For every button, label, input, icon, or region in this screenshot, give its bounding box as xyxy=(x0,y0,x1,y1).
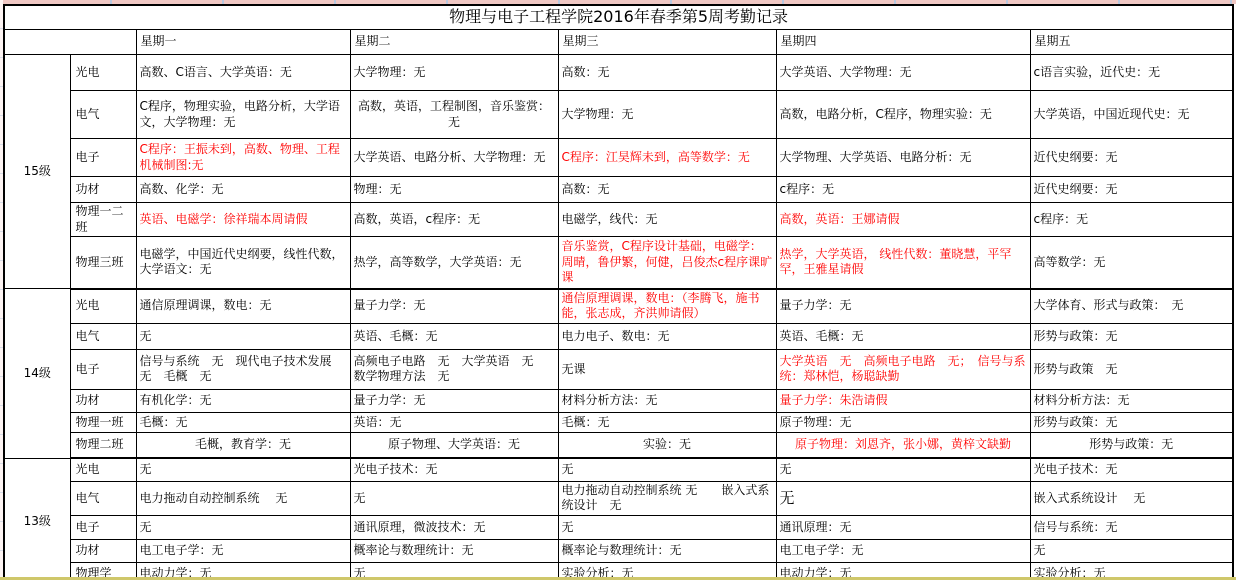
table-row: 电气电力拖动自动控制系统 无无电力拖动自动控制系统 无 嵌入式系统设计 无无嵌入… xyxy=(4,481,1233,515)
class-label[interactable]: 光电 xyxy=(70,289,136,324)
attendance-table: 物理与电子工程学院2016年春季第5周考勤记录 星期一星期二星期三星期四星期五 … xyxy=(3,4,1234,580)
attendance-cell[interactable]: c语言实验，近代史：无 xyxy=(1030,55,1233,91)
table-row: 功材高数、化学：无物理：无高数：无c程序：无近代史纲要：无 xyxy=(4,177,1233,203)
attendance-cell[interactable]: 形势与政策 无 xyxy=(1030,349,1233,389)
attendance-cell[interactable]: 高数：无 xyxy=(558,177,776,203)
attendance-cell[interactable]: 物理：无 xyxy=(350,177,558,203)
attendance-cell[interactable]: 嵌入式系统设计 无 xyxy=(1030,481,1233,515)
attendance-cell[interactable]: 音乐鉴赏，C程序设计基础，电磁学：周晴，鲁伊繁，何健，吕俊杰c程序课旷课 xyxy=(558,237,776,289)
attendance-cell[interactable]: 无 xyxy=(1030,540,1233,563)
class-label[interactable]: 电气 xyxy=(70,91,136,139)
table-row: 物理一班毛概：无英语：无毛概：无原子物理：无形势与政策：无 xyxy=(4,412,1233,432)
class-label[interactable]: 电气 xyxy=(70,481,136,515)
attendance-cell[interactable]: 高数、化学：无 xyxy=(136,177,350,203)
class-label[interactable]: 光电 xyxy=(70,55,136,91)
attendance-cell[interactable]: 大学英语、电路分析、大学物理：无 xyxy=(350,139,558,177)
table-row: 电子信号与系统 无 现代电子技术发展 无 毛概 无高频电子电路 无 大学英语 无… xyxy=(4,349,1233,389)
attendance-cell[interactable]: 高数，英语，c程序：无 xyxy=(350,203,558,237)
attendance-cell[interactable]: 无 xyxy=(558,516,776,540)
table-row: 电气C程序，物理实验，电路分析，大学语文，大学物理：无高数，英语，工程制图，音乐… xyxy=(4,91,1233,139)
page-title[interactable]: 物理与电子工程学院2016年春季第5周考勤记录 xyxy=(4,5,1233,30)
attendance-cell[interactable]: 大学物理、大学英语、电路分析：无 xyxy=(776,139,1030,177)
title-row: 物理与电子工程学院2016年春季第5周考勤记录 xyxy=(4,5,1233,30)
attendance-cell[interactable]: 量子力学：无 xyxy=(776,289,1030,324)
attendance-cell[interactable]: 实验：无 xyxy=(558,432,776,458)
attendance-cell[interactable]: 概率论与数理统计：无 xyxy=(350,540,558,563)
attendance-cell[interactable]: 高数，英语：王娜请假 xyxy=(776,203,1030,237)
attendance-cell[interactable]: C程序：王振未到，高数、物理、工程机械制图:无 xyxy=(136,139,350,177)
attendance-cell[interactable]: 形势与政策：无 xyxy=(1030,323,1233,349)
table-row: 物理三班电磁学，中国近代史纲要，线性代数，大学语文：无热学，高等数学，大学英语：… xyxy=(4,237,1233,289)
attendance-cell[interactable]: 高数，英语，工程制图，音乐鉴赏：无 xyxy=(350,91,558,139)
class-label[interactable]: 功材 xyxy=(70,389,136,412)
attendance-cell[interactable]: 毛概：无 xyxy=(136,412,350,432)
attendance-cell[interactable]: 通讯原理，微波技术：无 xyxy=(350,516,558,540)
class-label[interactable]: 物理二班 xyxy=(70,432,136,458)
attendance-cell[interactable]: 信号与系统：无 xyxy=(1030,516,1233,540)
attendance-cell[interactable]: 通讯原理：无 xyxy=(776,516,1030,540)
attendance-cell[interactable]: 近代史纲要：无 xyxy=(1030,139,1233,177)
table-row: 功材电工电子学：无概率论与数理统计：无概率论与数理统计：无电工电子学：无无 xyxy=(4,540,1233,563)
attendance-cell[interactable]: 热学，大学英语， 线性代数：董晓慧，平罕罕，王雅星请假 xyxy=(776,237,1030,289)
attendance-cell[interactable]: 近代史纲要：无 xyxy=(1030,177,1233,203)
attendance-cell[interactable]: C程序：江昊辉未到，高等数学：无 xyxy=(558,139,776,177)
class-label[interactable]: 功材 xyxy=(70,177,136,203)
attendance-cell[interactable]: 无 xyxy=(136,458,350,481)
attendance-cell[interactable]: 大学体育、形式与政策： 无 xyxy=(1030,289,1233,324)
attendance-cell[interactable]: 量子力学：无 xyxy=(350,389,558,412)
attendance-cell[interactable]: 电磁学，中国近代史纲要，线性代数，大学语文：无 xyxy=(136,237,350,289)
attendance-cell[interactable]: 英语、毛概：无 xyxy=(350,323,558,349)
table-row: 15级光电高数、C语言、大学英语：无大学物理：无高数：无大学英语、大学物理：无c… xyxy=(4,55,1233,91)
attendance-cell[interactable]: 热学，高等数学，大学英语：无 xyxy=(350,237,558,289)
attendance-cell[interactable]: 大学英语 无 高频电子电路 无； 信号与系统：郑林恺，杨聪缺勤 xyxy=(776,349,1030,389)
attendance-cell[interactable]: 无 xyxy=(776,481,1030,515)
group-label-13级[interactable]: 13级 xyxy=(4,458,70,580)
attendance-cell[interactable]: 无 xyxy=(776,458,1030,481)
attendance-cell[interactable]: 光电子技术：无 xyxy=(350,458,558,481)
attendance-cell[interactable]: 电工电子学：无 xyxy=(776,540,1030,563)
attendance-cell[interactable]: 高数、C语言、大学英语：无 xyxy=(136,55,350,91)
attendance-cell[interactable]: 英语、毛概：无 xyxy=(776,323,1030,349)
attendance-cell[interactable]: 英语、电磁学：徐祥瑞本周请假 xyxy=(136,203,350,237)
day-header-5[interactable]: 星期五 xyxy=(1030,30,1233,55)
attendance-cell[interactable]: c程序：无 xyxy=(1030,203,1233,237)
header-corner-cell[interactable] xyxy=(4,30,136,55)
table-row: 功材有机化学：无量子力学：无材料分析方法：无量子力学：朱浩请假材料分析方法：无 xyxy=(4,389,1233,412)
attendance-cell[interactable]: 原子物理、大学英语：无 xyxy=(350,432,558,458)
table-row: 物理二班毛概，教育学：无原子物理、大学英语：无实验：无原子物理：刘恩齐，张小娜，… xyxy=(4,432,1233,458)
group-label-14级[interactable]: 14级 xyxy=(4,289,70,459)
attendance-cell[interactable]: 无课 xyxy=(558,349,776,389)
day-header-3[interactable]: 星期三 xyxy=(558,30,776,55)
attendance-cell[interactable]: 高数，电路分析，C程序，物理实验：无 xyxy=(776,91,1030,139)
table-row: 电子无通讯原理，微波技术：无无通讯原理：无信号与系统：无 xyxy=(4,516,1233,540)
attendance-cell[interactable]: 信号与系统 无 现代电子技术发展 无 毛概 无 xyxy=(136,349,350,389)
attendance-cell[interactable]: 毛概，教育学：无 xyxy=(136,432,350,458)
class-label[interactable]: 电子 xyxy=(70,349,136,389)
attendance-cell[interactable]: 原子物理：刘恩齐，张小娜，黄梓文缺勤 xyxy=(776,432,1030,458)
class-label[interactable]: 物理一班 xyxy=(70,412,136,432)
table-row: 14级光电通信原理调课，数电：无量子力学：无通信原理调课，数电：（李腾飞，施书能… xyxy=(4,289,1233,324)
class-label[interactable]: 电气 xyxy=(70,323,136,349)
attendance-cell[interactable]: 原子物理：无 xyxy=(776,412,1030,432)
attendance-cell[interactable]: 电力电子、数电：无 xyxy=(558,323,776,349)
attendance-cell[interactable]: 大学物理：无 xyxy=(350,55,558,91)
attendance-cell[interactable]: 通信原理调课，数电：无 xyxy=(136,289,350,324)
attendance-cell[interactable]: 高数：无 xyxy=(558,55,776,91)
attendance-cell[interactable]: 量子力学：朱浩请假 xyxy=(776,389,1030,412)
class-label[interactable]: 电子 xyxy=(70,139,136,177)
day-header-1[interactable]: 星期一 xyxy=(136,30,350,55)
attendance-cell[interactable]: c程序：无 xyxy=(776,177,1030,203)
group-label-15级[interactable]: 15级 xyxy=(4,55,70,289)
day-header-4[interactable]: 星期四 xyxy=(776,30,1030,55)
attendance-cell[interactable]: 大学英语、大学物理：无 xyxy=(776,55,1030,91)
attendance-cell[interactable]: 通信原理调课，数电：（李腾飞，施书能，张志成，齐洪帅请假） xyxy=(558,289,776,324)
attendance-cell[interactable]: 无 xyxy=(350,481,558,515)
attendance-cell[interactable]: 光电子技术：无 xyxy=(1030,458,1233,481)
attendance-cell[interactable]: 无 xyxy=(136,516,350,540)
attendance-cell[interactable]: 无 xyxy=(136,323,350,349)
attendance-cell[interactable]: 电力拖动自动控制系统 无 xyxy=(136,481,350,515)
attendance-cell[interactable]: 大学物理：无 xyxy=(558,91,776,139)
attendance-cell[interactable]: 有机化学：无 xyxy=(136,389,350,412)
attendance-cell[interactable]: 大学英语，中国近现代史：无 xyxy=(1030,91,1233,139)
table-row: 电子C程序：王振未到，高数、物理、工程机械制图:无大学英语、电路分析、大学物理：… xyxy=(4,139,1233,177)
attendance-cell[interactable]: 电磁学，线代：无 xyxy=(558,203,776,237)
attendance-cell[interactable]: 概率论与数理统计：无 xyxy=(558,540,776,563)
attendance-cell[interactable]: 毛概：无 xyxy=(558,412,776,432)
class-label[interactable]: 物理三班 xyxy=(70,237,136,289)
class-label[interactable]: 物理一二班 xyxy=(70,203,136,237)
attendance-cell[interactable]: 材料分析方法：无 xyxy=(558,389,776,412)
table-row: 物理一二班英语、电磁学：徐祥瑞本周请假高数，英语，c程序：无电磁学，线代：无高数… xyxy=(4,203,1233,237)
class-label[interactable]: 功材 xyxy=(70,540,136,563)
attendance-cell[interactable]: 高频电子电路 无 大学英语 无 数学物理方法 无 xyxy=(350,349,558,389)
class-label[interactable]: 光电 xyxy=(70,458,136,481)
day-header-2[interactable]: 星期二 xyxy=(350,30,558,55)
header-row: 星期一星期二星期三星期四星期五 xyxy=(4,30,1233,55)
table-row: 13级光电无光电子技术：无无无光电子技术：无 xyxy=(4,458,1233,481)
class-label[interactable]: 电子 xyxy=(70,516,136,540)
attendance-cell[interactable]: 高等数学：无 xyxy=(1030,237,1233,289)
attendance-cell[interactable]: C程序，物理实验，电路分析，大学语文，大学物理：无 xyxy=(136,91,350,139)
attendance-cell[interactable]: 量子力学：无 xyxy=(350,289,558,324)
attendance-cell[interactable]: 形势与政策：无 xyxy=(1030,432,1233,458)
attendance-cell[interactable]: 无 xyxy=(558,458,776,481)
attendance-cell[interactable]: 英语：无 xyxy=(350,412,558,432)
attendance-cell[interactable]: 电力拖动自动控制系统 无 嵌入式系统设计 无 xyxy=(558,481,776,515)
attendance-cell[interactable]: 形势与政策：无 xyxy=(1030,412,1233,432)
attendance-cell[interactable]: 电工电子学：无 xyxy=(136,540,350,563)
table-row: 电气无英语、毛概：无电力电子、数电：无英语、毛概：无形势与政策：无 xyxy=(4,323,1233,349)
attendance-cell[interactable]: 材料分析方法：无 xyxy=(1030,389,1233,412)
